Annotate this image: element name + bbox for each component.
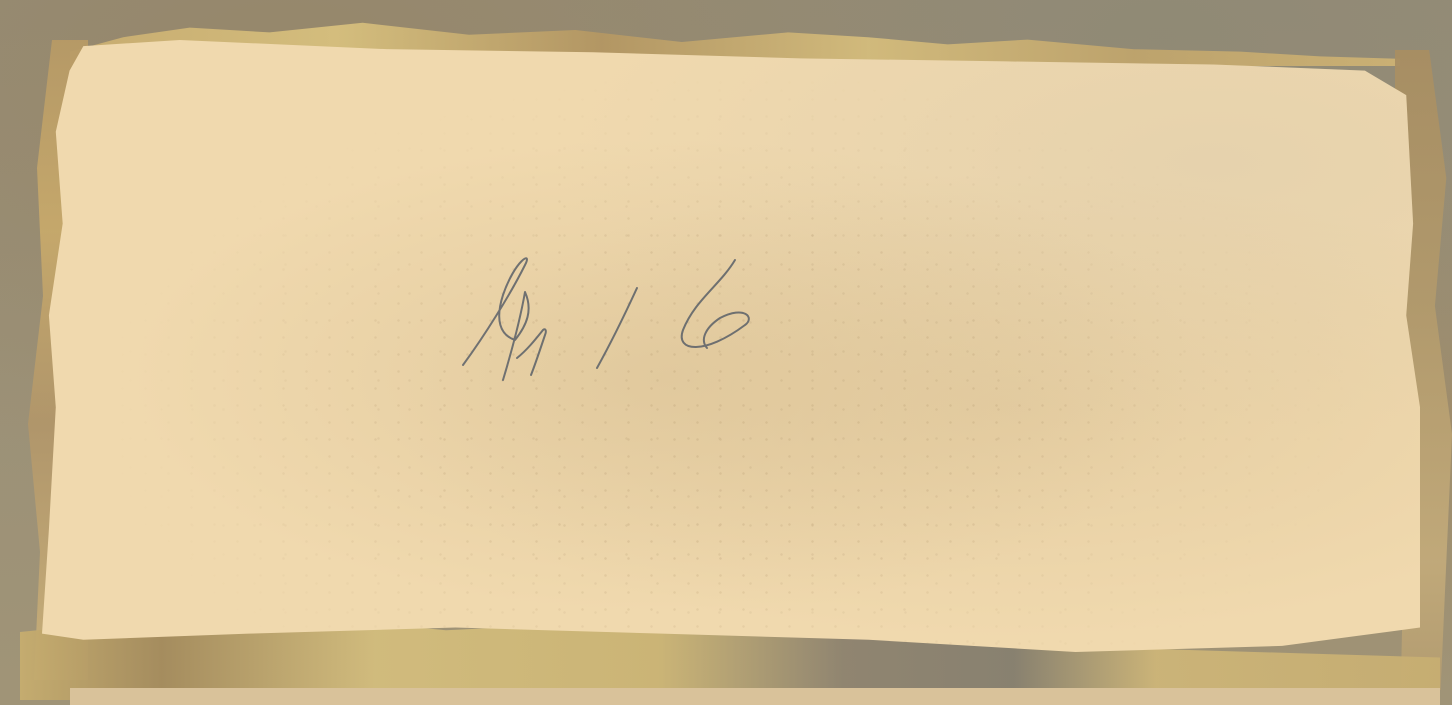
pencil-inscription: Nr 16 xyxy=(455,240,755,390)
bottom-paper-strip xyxy=(70,688,1440,705)
handwriting-icon xyxy=(455,240,755,390)
mounting-board: Nr 16 xyxy=(0,0,1452,705)
